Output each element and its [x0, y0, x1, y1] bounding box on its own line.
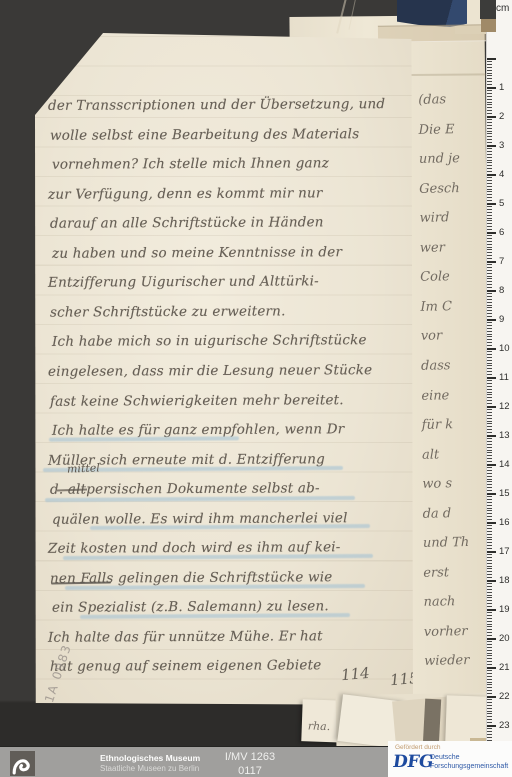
- ruler-number: 14: [499, 459, 510, 470]
- funder-name-line1: Deutsche: [430, 754, 508, 763]
- dfg-funding-panel: Gefördert durch DFG Deutsche Forschungsg…: [388, 741, 512, 777]
- ruler-mm-tick: [487, 531, 492, 532]
- ruler-mm-tick: [487, 90, 492, 91]
- ruler-number: 12: [499, 401, 510, 412]
- ruler-mm-tick: [487, 386, 492, 387]
- ruler-mm-tick: [487, 525, 492, 526]
- next-page-line-fragment: dass: [421, 358, 451, 374]
- ruler-cm-tick: [487, 261, 496, 263]
- cm-ruler: cm 1234567891011121314151617181920212223: [486, 0, 512, 746]
- ruler-mm-tick: [487, 577, 492, 578]
- ruler-mm-tick: [487, 592, 492, 593]
- ruler-mm-tick: [487, 711, 492, 712]
- ruler-mm-tick: [487, 467, 492, 468]
- ruler-mm-tick: [487, 568, 492, 569]
- ruler-mm-tick: [487, 626, 492, 627]
- ruler-mm-tick: [487, 61, 492, 62]
- next-page-line-fragment: Gesch: [419, 181, 460, 197]
- ruler-mm-tick: [487, 99, 492, 100]
- ruler-mm-tick: [487, 455, 492, 456]
- ruler-mm-tick: [487, 104, 492, 105]
- ruler-mm-tick: [487, 629, 492, 630]
- ruler-mm-tick: [487, 450, 492, 451]
- ruler-mm-tick: [487, 281, 492, 282]
- ruler-mm-tick: [487, 537, 492, 538]
- ruler-number: 1: [499, 82, 504, 93]
- handwritten-line: der Transscriptionen und der Übersetzung…: [48, 96, 385, 114]
- ruler-mm-tick: [487, 499, 492, 500]
- ruler-mm-tick: [487, 194, 492, 195]
- ruler-mm-tick: [487, 160, 492, 161]
- ruler-mm-tick: [487, 679, 492, 680]
- ruler-mm-tick: [487, 687, 492, 688]
- ruler-mm-tick: [487, 345, 492, 346]
- ruler-number: 18: [499, 575, 510, 586]
- handwritten-line: zur Verfügung, denn es kommt mir nur: [48, 185, 323, 202]
- ruler-mm-tick: [487, 235, 492, 236]
- manuscript-scan-viewer: (dasDie Eund jeGeschwirdwerColeIm Cvorda…: [0, 0, 512, 777]
- ruler-cm-tick: [487, 551, 496, 553]
- ruler-mm-tick: [487, 731, 492, 732]
- ruler-mm-tick: [487, 542, 492, 543]
- ruler-mm-tick: [487, 296, 492, 297]
- ruler-mm-tick: [487, 693, 492, 694]
- ruler-cm-tick: [487, 609, 496, 611]
- ruler-mm-tick: [487, 125, 492, 126]
- ruler-mm-tick: [487, 470, 492, 471]
- ruler-mm-tick: [487, 534, 492, 535]
- ruler-mm-tick: [487, 644, 492, 645]
- ruler-cm-tick: [487, 435, 496, 437]
- ruler-mm-tick: [487, 612, 492, 613]
- ruler-number: 2: [499, 111, 504, 122]
- ruler-mm-tick: [487, 684, 492, 685]
- ruler-mm-tick: [487, 421, 492, 422]
- ruler-mm-tick: [487, 96, 492, 97]
- ruler-mm-tick: [487, 426, 492, 427]
- paper-scrap-flap: [392, 697, 450, 748]
- handwritten-line: scher Schriftstücke zu erweitern.: [50, 303, 286, 320]
- dfg-logo: DFG: [392, 752, 435, 772]
- ruler-mm-tick: [487, 299, 492, 300]
- handwritten-line: Ich habe mich so in uigurische Schriftst…: [52, 333, 367, 351]
- next-page-line-fragment: vorher: [424, 624, 468, 640]
- sheet-number: 0117: [190, 765, 310, 777]
- next-page-line-fragment: da d: [423, 506, 452, 521]
- ruler-mm-tick: [487, 119, 492, 120]
- ruler-mm-tick: [487, 664, 492, 665]
- ruler-mm-tick: [487, 441, 492, 442]
- ruler-mm-tick: [487, 78, 492, 79]
- ruler-mm-tick: [487, 423, 492, 424]
- handwritten-line: fast keine Schwierigkeiten mehr bereitet…: [50, 392, 344, 410]
- ruler-mm-tick: [487, 444, 492, 445]
- ruler-mm-tick: [487, 589, 492, 590]
- ruler-mm-tick: [487, 316, 492, 317]
- ruler-cm-tick: [487, 667, 496, 669]
- ruler-cm-tick: [487, 493, 496, 495]
- ruler-mm-tick: [487, 519, 492, 520]
- ruler-number: 21: [499, 662, 510, 673]
- ruler-mm-tick: [487, 374, 492, 375]
- ruler-mm-tick: [487, 632, 492, 633]
- ruler-mm-tick: [487, 81, 492, 82]
- ruler-mm-tick: [487, 583, 492, 584]
- ruler-mm-tick: [487, 328, 492, 329]
- next-page-line-fragment: (das: [418, 92, 446, 107]
- funder-name-line2: Forschungsgemeinschaft: [430, 763, 508, 772]
- next-page-line-fragment: wer: [420, 240, 445, 255]
- ruler-mm-tick: [487, 661, 492, 662]
- ruler-mm-tick: [487, 557, 492, 558]
- ruler-mm-tick: [487, 73, 492, 74]
- handwritten-line: d. altpersischen Dokumente selbst ab-: [50, 480, 320, 497]
- ruler-mm-tick: [487, 597, 492, 598]
- ruler-cm-tick: [487, 696, 496, 698]
- ruler-mm-tick: [487, 545, 492, 546]
- ruler-mm-tick: [487, 528, 492, 529]
- handwritten-line: eingelesen, dass mir die Lesung neuer St…: [48, 362, 372, 380]
- next-page-line-fragment: wo s: [422, 476, 452, 492]
- ruler-cm-tick: [487, 232, 496, 234]
- ruler-mm-tick: [487, 618, 492, 619]
- ruler-mm-tick: [487, 331, 492, 332]
- ruler-mm-tick: [487, 305, 492, 306]
- ruler-number: 3: [499, 140, 504, 151]
- ruler-mm-tick: [487, 615, 492, 616]
- ruler-mm-tick: [487, 566, 492, 567]
- ruler-number: 19: [499, 604, 510, 615]
- ruler-mm-tick: [487, 189, 492, 190]
- ruler-mm-tick: [487, 249, 492, 250]
- ruler-mm-tick: [487, 415, 492, 416]
- ruler-cm-tick: [487, 87, 496, 89]
- ruler-cm-tick: [487, 580, 496, 582]
- ruler-mm-tick: [487, 682, 492, 683]
- scrap-shadow-gap: [423, 699, 441, 747]
- ruler-mm-tick: [487, 458, 492, 459]
- ruler-mm-tick: [487, 180, 492, 181]
- next-page-line-fragment: und Th: [423, 535, 470, 551]
- next-page-line-fragment: Die E: [418, 122, 454, 138]
- ruler-mm-tick: [487, 70, 492, 71]
- ruler-mm-tick: [487, 510, 492, 511]
- ruler-mm-tick: [487, 734, 492, 735]
- ruler-mm-tick: [487, 165, 492, 166]
- ruler-mm-tick: [487, 223, 492, 224]
- ruler-mm-tick: [487, 218, 492, 219]
- ruler-mm-tick: [487, 606, 492, 607]
- ruler-mm-tick: [487, 473, 492, 474]
- ruler-mm-tick: [487, 357, 492, 358]
- ruler-mm-tick: [487, 113, 492, 114]
- ruler-mm-tick: [487, 171, 492, 172]
- museum-logo-icon: [10, 751, 35, 776]
- ruler-mm-tick: [487, 287, 492, 288]
- ruler-mm-tick: [487, 673, 492, 674]
- ruler-mm-tick: [487, 209, 492, 210]
- ruler-cm-tick: [487, 522, 496, 524]
- ruler-cm-tick: [487, 290, 496, 292]
- next-page-line-fragment: Cole: [420, 270, 450, 286]
- ruler-mm-tick: [487, 110, 492, 111]
- ruler-mm-tick: [487, 484, 492, 485]
- funding-label: Gefördert durch: [395, 744, 441, 751]
- ruler-mm-tick: [487, 554, 492, 555]
- ruler-mm-tick: [487, 397, 492, 398]
- ruler-mm-tick: [487, 75, 492, 76]
- ruler-mm-tick: [487, 650, 492, 651]
- ruler-mm-tick: [487, 508, 492, 509]
- ruler-mm-tick: [487, 339, 492, 340]
- ruler-mm-tick: [487, 360, 492, 361]
- ruler-mm-tick: [487, 418, 492, 419]
- next-page-line-fragment: für k: [422, 417, 454, 433]
- ruler-number: 16: [499, 517, 510, 528]
- ruler-mm-tick: [487, 128, 492, 129]
- ruler-mm-tick: [487, 516, 492, 517]
- ruler-mm-tick: [487, 365, 492, 366]
- handwritten-line: darauf an alle Schriftstücke in Händen: [50, 214, 324, 231]
- ruler-number: 5: [499, 198, 504, 209]
- ruler-mm-tick: [487, 595, 492, 596]
- ruler-mm-tick: [487, 647, 492, 648]
- ruler-cm-tick: [487, 174, 496, 176]
- ruler-mm-tick: [487, 278, 492, 279]
- ruler-mm-tick: [487, 136, 492, 137]
- ruler-mm-tick: [487, 571, 492, 572]
- ruler-mm-tick: [487, 539, 492, 540]
- ruler-mm-tick: [487, 438, 492, 439]
- ruler-mm-tick: [487, 716, 492, 717]
- handwritten-line: wolle selbst eine Bearbeitung des Materi…: [50, 126, 359, 144]
- ruler-mm-tick: [487, 351, 492, 352]
- ruler-mm-tick: [487, 325, 492, 326]
- ruler-mm-tick: [487, 154, 492, 155]
- ruler-number: 4: [499, 169, 504, 180]
- next-page-line-fragment: alt: [422, 447, 439, 462]
- ruler-mm-tick: [487, 676, 492, 677]
- ruler-mm-tick: [487, 64, 492, 65]
- handwritten-line: Ich halte das für unnütze Mühe. Er hat: [48, 628, 323, 645]
- ruler-mm-tick: [487, 653, 492, 654]
- ruler-mm-tick: [487, 432, 492, 433]
- ruler-mm-tick: [487, 412, 492, 413]
- ruler-mm-tick: [487, 502, 492, 503]
- ruler-mm-tick: [487, 655, 492, 656]
- next-page-line-fragment: vor: [421, 329, 443, 344]
- handwritten-line: vornehmen? Ich stelle mich Ihnen ganz: [52, 155, 329, 172]
- ruler-mm-tick: [487, 258, 492, 259]
- museum-name: Ethnologisches Museum: [100, 753, 200, 763]
- ruler-number: 17: [499, 546, 510, 557]
- ruler-cm-tick: [487, 116, 496, 118]
- ruler-cm-tick: [487, 725, 496, 727]
- ruler-mm-tick: [487, 151, 492, 152]
- ruler-mm-tick: [487, 302, 492, 303]
- ruler-mm-tick: [487, 487, 492, 488]
- ruler-mm-tick: [487, 322, 492, 323]
- ruler-mm-tick: [487, 264, 492, 265]
- ruler-cm-tick: [487, 406, 496, 408]
- ruler-mm-tick: [487, 183, 492, 184]
- ruler-mm-tick: [487, 600, 492, 601]
- ruler-mm-tick: [487, 191, 492, 192]
- handwritten-line: hat genug auf seinem eigenen Gebiete: [50, 658, 321, 675]
- next-page-line-fragment: erst: [423, 565, 449, 580]
- next-page-line-fragment: wieder: [424, 653, 469, 669]
- ruler-mm-tick: [487, 392, 492, 393]
- wave-glyph: [10, 751, 35, 776]
- ruler-mm-tick: [487, 476, 492, 477]
- ruler-cm-tick: [487, 377, 496, 379]
- ruler-mm-tick: [487, 220, 492, 221]
- ruler-number: 23: [499, 720, 510, 731]
- ruler-mm-tick: [487, 699, 492, 700]
- museum-subtitle: Staatliche Museen zu Berlin: [100, 764, 199, 773]
- ruler-mm-tick: [487, 383, 492, 384]
- ruler-mm-tick: [487, 197, 492, 198]
- ruler-mm-tick: [487, 560, 492, 561]
- ruler-cm-tick: [487, 145, 496, 147]
- next-page-line-fragment: wird: [419, 210, 449, 226]
- ruler-mm-tick: [487, 461, 492, 462]
- ruler-mm-tick: [487, 641, 492, 642]
- ruler-mm-tick: [487, 241, 492, 242]
- ruler-mm-tick: [487, 310, 492, 311]
- ruler-mm-tick: [487, 313, 492, 314]
- ruler-number: 11: [499, 372, 509, 383]
- ruler-mm-tick: [487, 574, 492, 575]
- ruler-mm-tick: [487, 206, 492, 207]
- ruler-mm-tick: [487, 131, 492, 132]
- ruler-mm-tick: [487, 563, 492, 564]
- ruler-mm-tick: [487, 336, 492, 337]
- ruler-mm-tick: [487, 244, 492, 245]
- ruler-mm-tick: [487, 229, 492, 230]
- ruler-mm-tick: [487, 273, 492, 274]
- ruler-mm-tick: [487, 267, 492, 268]
- ruler-mm-tick: [487, 238, 492, 239]
- ruler-mm-tick: [487, 252, 492, 253]
- ruler-unit-label: cm: [496, 3, 509, 14]
- ruler-mm-tick: [487, 490, 492, 491]
- ruler-mm-tick: [487, 705, 492, 706]
- ruler-mm-tick: [487, 247, 492, 248]
- ruler-mm-tick: [487, 635, 492, 636]
- ruler-mm-tick: [487, 139, 492, 140]
- next-page-line-fragment: eine: [421, 388, 449, 403]
- ruler-mm-tick: [487, 133, 492, 134]
- ruler-mm-tick: [487, 728, 492, 729]
- ruler-mm-tick: [487, 658, 492, 659]
- ruler-cm-tick: [487, 638, 496, 640]
- ruler-mm-tick: [487, 481, 492, 482]
- ruler-mm-tick: [487, 363, 492, 364]
- ruler-tan-end: [481, 19, 496, 32]
- ruler-mm-tick: [487, 670, 492, 671]
- inventory-number: I/MV 1263: [190, 751, 310, 763]
- ruler-mm-tick: [487, 168, 492, 169]
- scrap-text-fragment: rha.: [308, 719, 331, 733]
- ruler-mm-tick: [487, 548, 492, 549]
- next-page-line-fragment: nach: [423, 595, 455, 611]
- ruler-mm-tick: [487, 255, 492, 256]
- ruler-mm-tick: [487, 722, 492, 723]
- handwritten-line: zu haben und so meine Kenntnisse in der: [52, 244, 342, 262]
- ruler-mm-tick: [487, 293, 492, 294]
- funder-name: Deutsche Forschungsgemeinschaft: [430, 754, 508, 772]
- ruler-mm-tick: [487, 389, 492, 390]
- ruler-mm-tick: [487, 215, 492, 216]
- ruler-cm-tick: [487, 464, 496, 466]
- ruler-mm-tick: [487, 162, 492, 163]
- ruler-mm-tick: [487, 368, 492, 369]
- ruler-cm-tick: [487, 58, 496, 60]
- ruler-mm-tick: [487, 409, 492, 410]
- ruler-mm-tick: [487, 624, 492, 625]
- ruler-mm-tick: [487, 102, 492, 103]
- ruler-mm-tick: [487, 148, 492, 149]
- ruler-mm-tick: [487, 737, 492, 738]
- ruler-mm-tick: [487, 603, 492, 604]
- ruler-mm-tick: [487, 107, 492, 108]
- handwritten-insertion: mittel: [67, 461, 100, 475]
- ruler-mm-tick: [487, 84, 492, 85]
- ruler-mm-tick: [487, 702, 492, 703]
- footer-bar: Ethnologisches Museum Staatliche Museen …: [0, 746, 512, 777]
- ruler-mm-tick: [487, 513, 492, 514]
- ruler-mm-tick: [487, 270, 492, 271]
- ruler-mm-tick: [487, 447, 492, 448]
- ruler-mm-tick: [487, 200, 492, 201]
- ruler-mm-tick: [487, 708, 492, 709]
- ruler-mm-tick: [487, 713, 492, 714]
- ruler-mm-tick: [487, 690, 492, 691]
- ruler-number: 22: [499, 691, 510, 702]
- ruler-mm-tick: [487, 212, 492, 213]
- ruler-mm-tick: [487, 452, 492, 453]
- page-number-left: 114: [340, 664, 370, 684]
- ruler-mm-tick: [487, 177, 492, 178]
- ruler-mm-tick: [487, 394, 492, 395]
- ruler-mm-tick: [487, 186, 492, 187]
- ruler-mm-tick: [487, 284, 492, 285]
- handwritten-line: Entzifferung Uigurischer und Alttürki-: [48, 274, 319, 291]
- ruler-mm-tick: [487, 496, 492, 497]
- ruler-mm-tick: [487, 67, 492, 68]
- ruler-mm-tick: [487, 276, 492, 277]
- ruler-dark-end: [480, 0, 496, 19]
- ruler-mm-tick: [487, 342, 492, 343]
- ruler-mm-tick: [487, 400, 492, 401]
- ruler-cm-tick: [487, 348, 496, 350]
- ruler-mm-tick: [487, 403, 492, 404]
- ruler-mm-tick: [487, 380, 492, 381]
- ruler-number: 7: [499, 256, 504, 267]
- ruler-mm-tick: [487, 122, 492, 123]
- ruler-mm-tick: [487, 142, 492, 143]
- next-page-line-fragment: und je: [419, 151, 460, 167]
- blue-binding-cloth: [397, 0, 467, 27]
- ruler-number: 9: [499, 314, 504, 325]
- ruler-mm-tick: [487, 334, 492, 335]
- ruler-cm-tick: [487, 203, 496, 205]
- ruler-number: 10: [499, 343, 510, 354]
- ruler-mm-tick: [487, 505, 492, 506]
- ruler-mm-tick: [487, 586, 492, 587]
- ruler-number: 20: [499, 633, 510, 644]
